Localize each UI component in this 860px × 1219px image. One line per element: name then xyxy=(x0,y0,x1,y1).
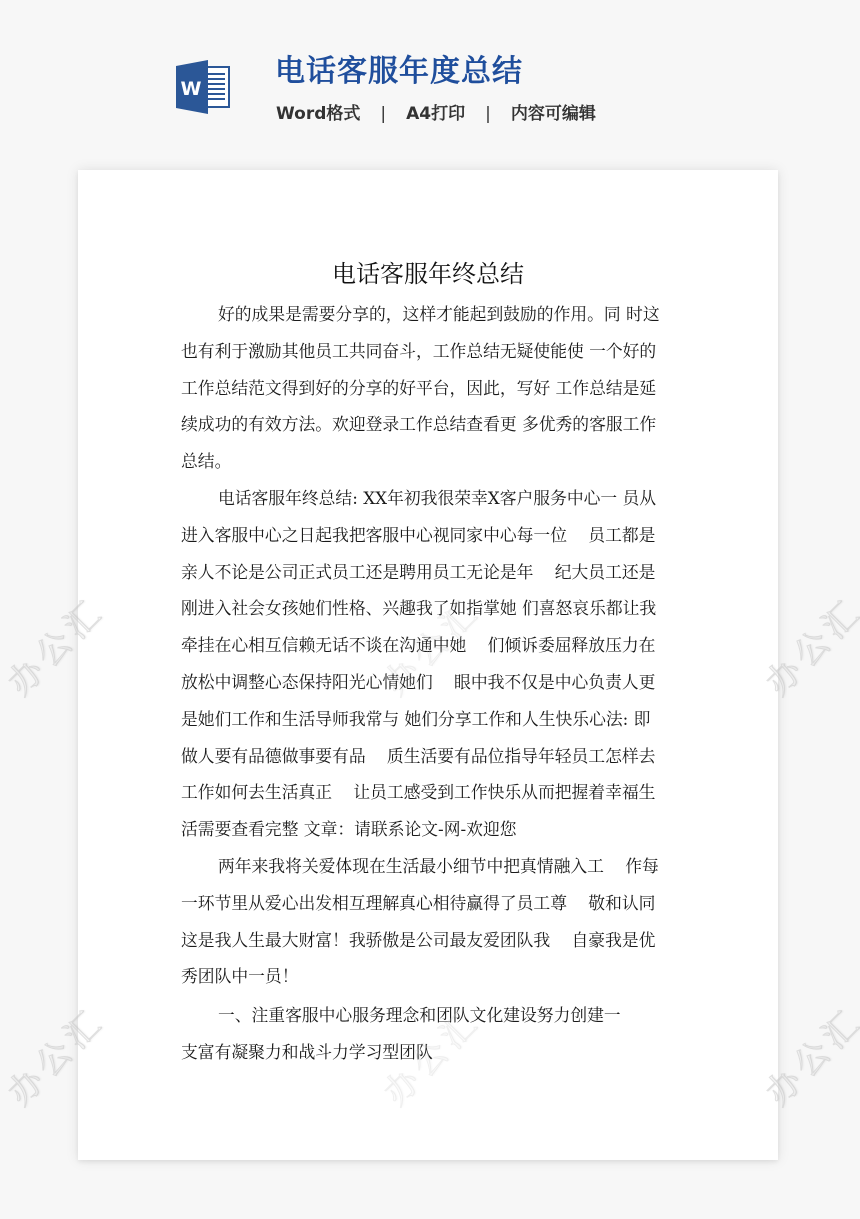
paragraph: 一、注重客服中心服务理念和团队文化建设努力创建一支富有凝聚力和战斗力学习型团队 xyxy=(181,997,681,1071)
text-line: 牵挂在心相互信赖无话不谈在沟通中她 们倾诉委屈释放压力在 xyxy=(181,627,681,664)
text-line: 续成功的有效方法。欢迎登录工作总结查看更 多优秀的客服工作 xyxy=(181,406,681,443)
svg-text:W: W xyxy=(181,78,202,100)
text-line: 放松中调整心态保持阳光心情她们 眼中我不仅是中心负责人更 xyxy=(181,664,681,701)
text-line: 亲人不论是公司正式员工还是聘用员工无论是年 纪大员工还是 xyxy=(181,554,681,591)
text-line: 总结。 xyxy=(181,443,681,480)
paragraph: 好的成果是需要分享的，这样才能起到鼓励的作用。同 时这也有利于激励其他员工共同奋… xyxy=(181,296,681,480)
tag-separator: | xyxy=(485,100,491,128)
format-tags: Word格式 | A4打印 | 内容可编辑 xyxy=(276,100,596,128)
tag-separator: | xyxy=(380,100,386,128)
text-line: 一环节里从爱心出发相互理解真心相待赢得了员工尊 敬和认同 xyxy=(181,885,681,922)
page-heading: 电话客服年度总结 xyxy=(275,52,523,92)
text-line: 刚进入社会女孩她们性格、兴趣我了如指掌她 们喜怒哀乐都让我 xyxy=(181,590,681,627)
text-line: 进入客服中心之日起我把客服中心视同家中心每一位 员工都是 xyxy=(181,517,681,554)
text-line: 工作总结范文得到好的分享的好平台，因此，写好 工作总结是延 xyxy=(181,370,681,407)
document-page: 电话客服年终总结 好的成果是需要分享的，这样才能起到鼓励的作用。同 时这也有利于… xyxy=(78,170,778,1160)
text-line: 两年来我将关爱体现在生活最小细节中把真情融入工 作每 xyxy=(181,848,681,885)
text-line: 做人要有品德做事要有品 质生活要有品位指导年轻员工怎样去 xyxy=(181,738,681,775)
document-body: 好的成果是需要分享的，这样才能起到鼓励的作用。同 时这也有利于激励其他员工共同奋… xyxy=(181,296,681,1071)
tag-editable: 内容可编辑 xyxy=(511,100,596,128)
text-line: 活需要查看完整 文章：请联系论文-网-欢迎您 xyxy=(181,811,681,848)
text-line: 一、注重客服中心服务理念和团队文化建设努力创建一 xyxy=(181,997,681,1034)
text-line: 秀团队中一员！ xyxy=(181,958,681,995)
header: W 电话客服年度总结 Word格式 | A4打印 | 内容可编辑 xyxy=(0,0,860,160)
word-document-icon: W xyxy=(175,60,231,114)
text-line: 工作如何去生活真正 让员工感受到工作快乐从而把握着幸福生 xyxy=(181,774,681,811)
text-line: 电话客服年终总结: XX年初我很荣幸X客户服务中心一 员从 xyxy=(181,480,681,517)
text-line: 也有利于激励其他员工共同奋斗，工作总结无疑使能使 一个好的 xyxy=(181,333,681,370)
paragraph: 两年来我将关爱体现在生活最小细节中把真情融入工 作每一环节里从爱心出发相互理解真… xyxy=(181,848,681,995)
text-line: 支富有凝聚力和战斗力学习型团队 xyxy=(181,1034,681,1071)
tag-word-format: Word格式 xyxy=(276,100,360,128)
tag-a4-print: A4打印 xyxy=(406,100,465,128)
paragraph: 电话客服年终总结: XX年初我很荣幸X客户服务中心一 员从进入客服中心之日起我把… xyxy=(181,480,681,848)
text-line: 好的成果是需要分享的，这样才能起到鼓励的作用。同 时这 xyxy=(181,296,681,333)
document-title: 电话客服年终总结 xyxy=(78,256,778,292)
text-line: 这是我人生最大财富！我骄傲是公司最友爱团队我 自豪我是优 xyxy=(181,922,681,959)
text-line: 是她们工作和生活导师我常与 她们分享工作和人生快乐心法: 即 xyxy=(181,701,681,738)
